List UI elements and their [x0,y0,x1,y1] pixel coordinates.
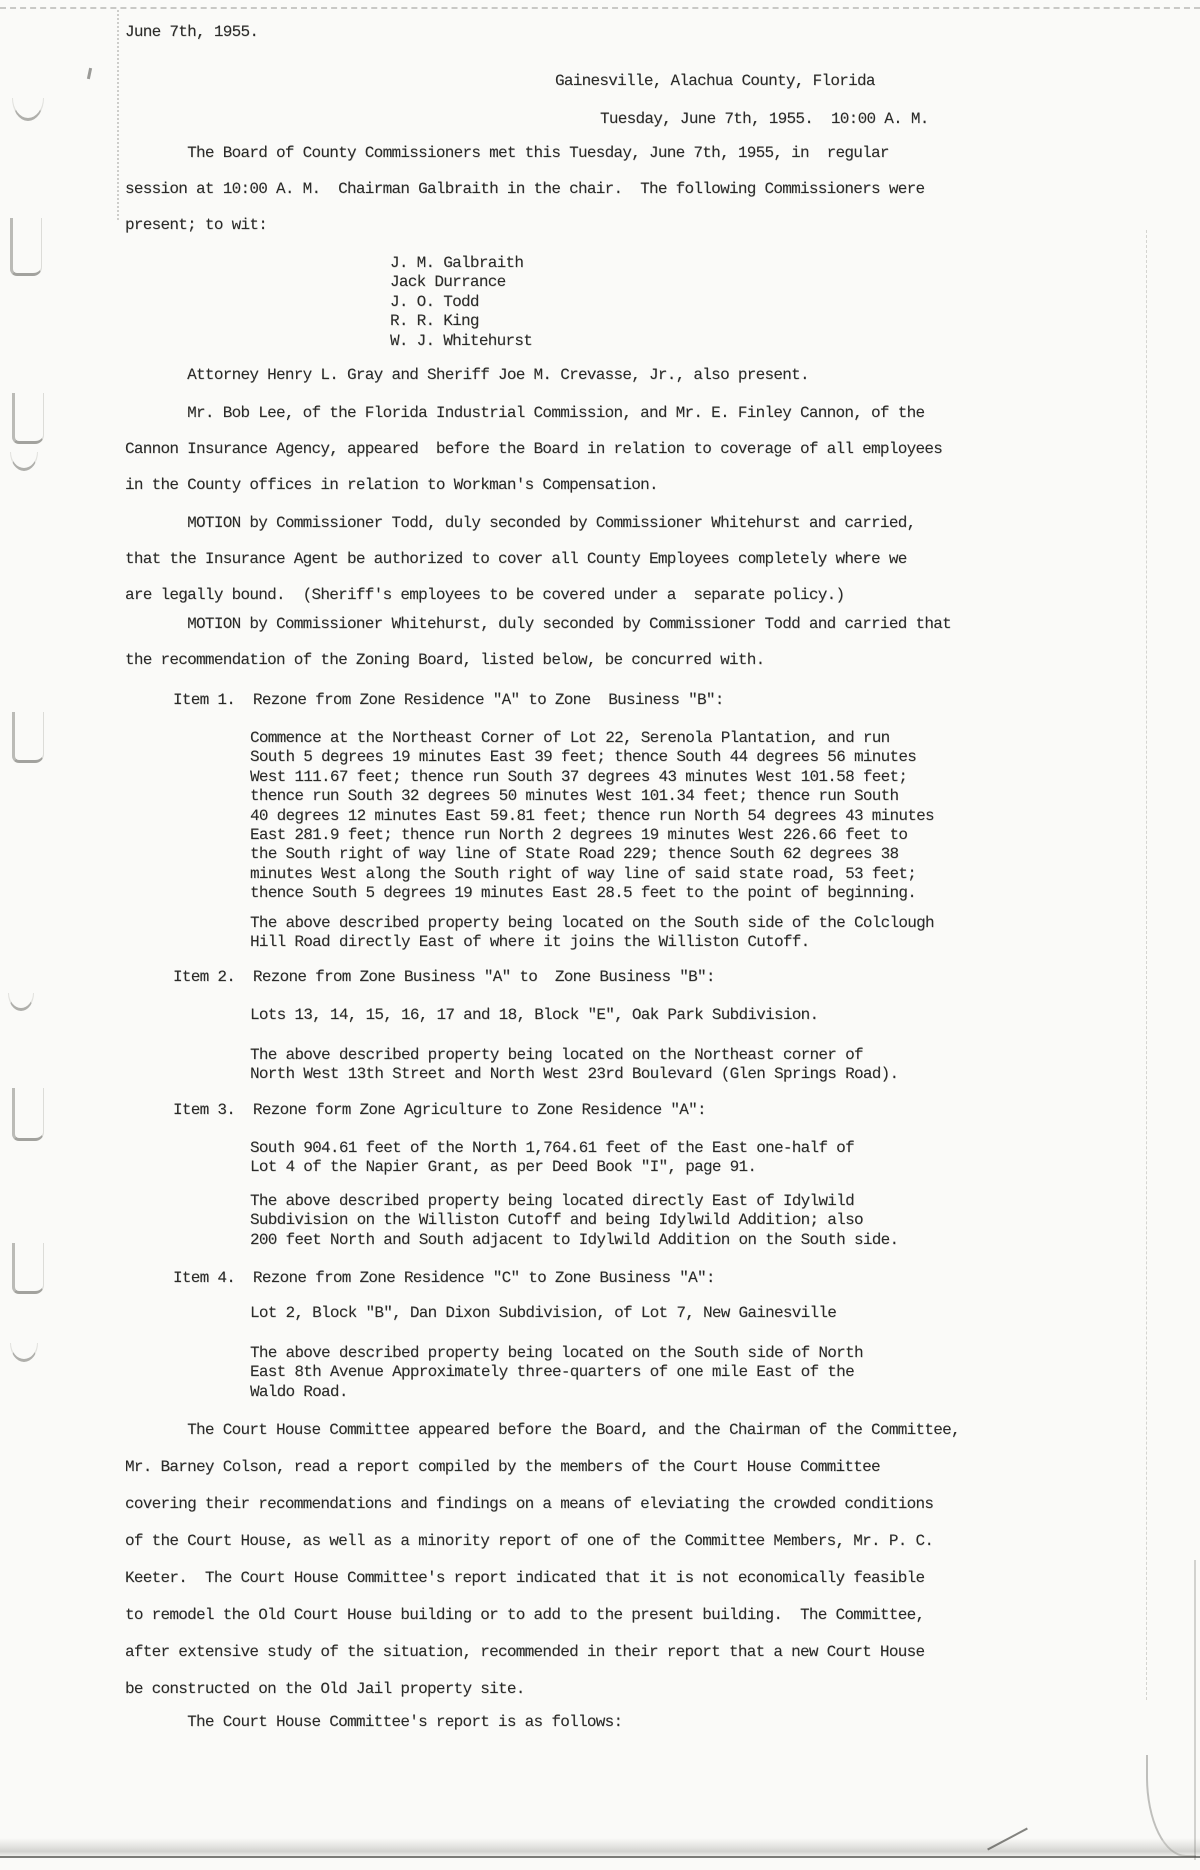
session-datetime-line: Tuesday, June 7th, 1955. 10:00 A. M. [600,110,929,130]
insurance-paragraph: Mr. Bob Lee, of the Florida Industrial C… [125,395,942,503]
closing-line: The Court House Committee's report is as… [125,1713,622,1733]
scan-binder-mark-9 [10,1343,38,1362]
zoning-item-4-heading: Item 4. Rezone from Zone Residence "C" t… [173,1269,715,1289]
zoning-item-2-heading: Item 2. Rezone from Zone Business "A" to… [173,968,715,988]
zoning-item-4-description: Lot 2, Block "B", Dan Dixon Subdivision,… [250,1304,836,1323]
scan-binder-mark-6 [8,993,34,1011]
scan-left-dotted-line [117,10,119,220]
zoning-item-4-location-note: The above described property being locat… [250,1344,863,1402]
zoning-item-2-description: Lots 13, 14, 15, 16, 17 and 18, Block "E… [250,1006,818,1025]
scan-binder-mark-4 [10,452,38,471]
motion-insurance-paragraph: MOTION by Commissioner Todd, duly second… [125,505,915,613]
opening-paragraph: The Board of County Commissioners met th… [125,135,924,243]
zoning-item-3-heading: Item 3. Rezone form Zone Agriculture to … [173,1101,706,1121]
zoning-item-3-description: South 904.61 feet of the North 1,764.61 … [250,1139,854,1178]
attendees-line: Attorney Henry L. Gray and Sheriff Joe M… [125,366,809,386]
zoning-item-1-description: Commence at the Northeast Corner of Lot … [250,729,934,904]
scan-binder-tick [87,68,92,79]
location-line: Gainesville, Alachua County, Florida [555,72,875,92]
date-line: June 7th, 1955. [125,23,258,43]
zoning-item-1-heading: Item 1. Rezone from Zone Residence "A" t… [173,691,724,711]
motion-zoning-paragraph: MOTION by Commissioner Whitehurst, duly … [125,606,951,678]
document-page: June 7th, 1955. Gainesville, Alachua Cou… [0,0,1200,1870]
scan-right-dashed-line [1146,230,1147,1700]
scan-binder-mark-1 [12,98,44,121]
scan-binder-mark-2 [10,218,42,276]
commissioners-list: J. M. Galbraith Jack Durrance J. O. Todd… [390,254,532,351]
courthouse-paragraph: The Court House Committee appeared befor… [125,1412,960,1708]
scan-top-edge-line [0,7,1200,9]
scan-binder-mark-5 [12,712,44,763]
zoning-item-3-location-note: The above described property being locat… [250,1192,898,1250]
scan-bottom-smudge [0,1838,1200,1856]
zoning-item-2-location-note: The above described property being locat… [250,1046,898,1085]
scan-bottom-edge-line [0,1856,1200,1858]
scan-binder-mark-7 [12,1088,44,1141]
scan-binder-mark-8 [12,1243,44,1294]
zoning-item-1-location-note: The above described property being locat… [250,914,934,953]
scan-binder-mark-3 [12,393,44,444]
